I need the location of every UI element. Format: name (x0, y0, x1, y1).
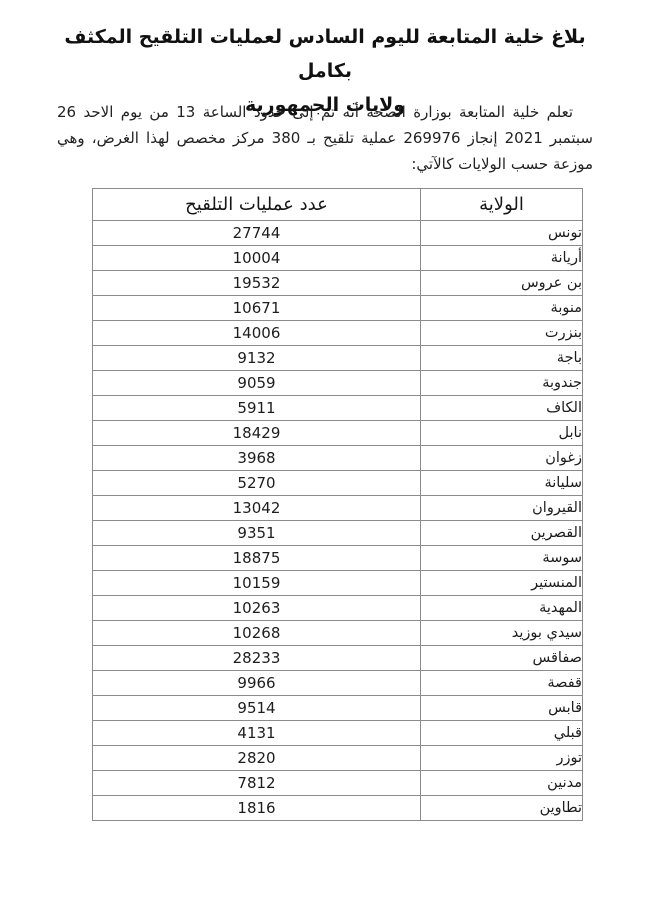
document-page: بلاغ خلية المتابعة لليوم السادس لعمليات … (0, 0, 650, 923)
count-cell: 9514 (93, 696, 421, 721)
count-cell: 3968 (93, 446, 421, 471)
count-cell: 18429 (93, 421, 421, 446)
governorate-cell: جندوبة (421, 371, 583, 396)
table-row: باجة 9132 (93, 346, 583, 371)
table-row: القيروان 13042 (93, 496, 583, 521)
governorate-cell: بنزرت (421, 321, 583, 346)
count-cell: 9059 (93, 371, 421, 396)
table-row: المنستير 10159 (93, 571, 583, 596)
table-row: زغوان 3968 (93, 446, 583, 471)
governorate-cell: منوبة (421, 296, 583, 321)
table-row: القصرين 9351 (93, 521, 583, 546)
count-cell: 10263 (93, 596, 421, 621)
table-row: توزر 2820 (93, 746, 583, 771)
table-row: قابس 9514 (93, 696, 583, 721)
table-row: سليانة 5270 (93, 471, 583, 496)
table-row: بن عروس 19532 (93, 271, 583, 296)
governorate-cell: بن عروس (421, 271, 583, 296)
table-row: منوبة 10671 (93, 296, 583, 321)
table-row: قبلي 4131 (93, 721, 583, 746)
count-cell: 28233 (93, 646, 421, 671)
table-row: صفاقس 28233 (93, 646, 583, 671)
count-cell: 13042 (93, 496, 421, 521)
table-row: سيدي بوزيد 10268 (93, 621, 583, 646)
count-cell: 9351 (93, 521, 421, 546)
table-row: قفصة 9966 (93, 671, 583, 696)
governorate-cell: نابل (421, 421, 583, 446)
governorate-cell: مدنين (421, 771, 583, 796)
governorate-cell: المهدية (421, 596, 583, 621)
count-cell: 10004 (93, 246, 421, 271)
governorate-cell: القصرين (421, 521, 583, 546)
table-row: الكاف 5911 (93, 396, 583, 421)
table-header-governorate: الولاية (421, 189, 583, 221)
count-cell: 19532 (93, 271, 421, 296)
governorate-cell: قبلي (421, 721, 583, 746)
count-cell: 2820 (93, 746, 421, 771)
table-row: نابل 18429 (93, 421, 583, 446)
table-header-count: عدد عمليات التلقيح (93, 189, 421, 221)
table-row: سوسة 18875 (93, 546, 583, 571)
governorate-cell: قابس (421, 696, 583, 721)
count-cell: 14006 (93, 321, 421, 346)
count-cell: 9966 (93, 671, 421, 696)
table-row: المهدية 10263 (93, 596, 583, 621)
governorate-cell: باجة (421, 346, 583, 371)
table-header-row: الولاية عدد عمليات التلقيح (93, 189, 583, 221)
table-row: بنزرت 14006 (93, 321, 583, 346)
count-cell: 10159 (93, 571, 421, 596)
count-cell: 9132 (93, 346, 421, 371)
table-row: تونس 27744 (93, 221, 583, 246)
vaccination-table-body: تونس 27744 أريانة 10004 بن عروس 19532 من… (93, 221, 583, 821)
count-cell: 10671 (93, 296, 421, 321)
table-row: أريانة 10004 (93, 246, 583, 271)
governorate-cell: تونس (421, 221, 583, 246)
table-row: مدنين 7812 (93, 771, 583, 796)
count-cell: 1816 (93, 796, 421, 821)
count-cell: 7812 (93, 771, 421, 796)
count-cell: 5270 (93, 471, 421, 496)
governorate-cell: سوسة (421, 546, 583, 571)
governorate-cell: القيروان (421, 496, 583, 521)
governorate-cell: تطاوين (421, 796, 583, 821)
count-cell: 4131 (93, 721, 421, 746)
count-cell: 5911 (93, 396, 421, 421)
table-row: تطاوين 1816 (93, 796, 583, 821)
governorate-cell: المنستير (421, 571, 583, 596)
table-row: جندوبة 9059 (93, 371, 583, 396)
count-cell: 27744 (93, 221, 421, 246)
governorate-cell: الكاف (421, 396, 583, 421)
count-cell: 10268 (93, 621, 421, 646)
document-title-line1: بلاغ خلية المتابعة لليوم السادس لعمليات … (64, 26, 585, 82)
governorate-cell: زغوان (421, 446, 583, 471)
governorate-cell: صفاقس (421, 646, 583, 671)
count-cell: 18875 (93, 546, 421, 571)
governorate-cell: سليانة (421, 471, 583, 496)
governorate-cell: أريانة (421, 246, 583, 271)
governorate-cell: توزر (421, 746, 583, 771)
governorate-cell: سيدي بوزيد (421, 621, 583, 646)
intro-paragraph: تعلم خلية المتابعة بوزارة الصحة أنه تم إ… (57, 99, 593, 177)
governorate-cell: قفصة (421, 671, 583, 696)
vaccination-table: الولاية عدد عمليات التلقيح تونس 27744 أر… (92, 188, 583, 821)
